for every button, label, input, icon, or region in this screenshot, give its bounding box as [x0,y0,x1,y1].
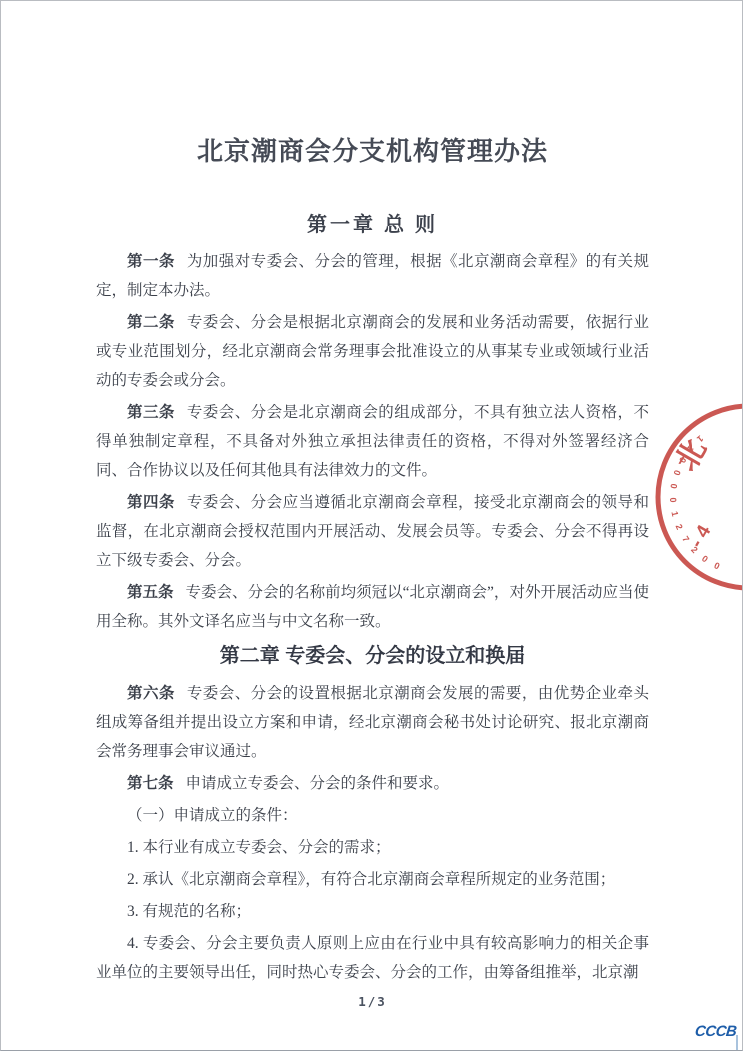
article-paragraph: 第三条专委会、分会是北京潮商会的组成部分，不具有独立法人资格，不得单独制定章程，… [96,398,649,485]
article-paragraph: 2. 承认《北京潮商会章程》，有符合北京潮商会章程所规定的业务范围； [96,865,649,894]
article-text: 专委会、分会应当遵循北京潮商会章程，接受北京潮商会的领导和监督，在北京潮商会授权… [96,494,649,569]
article-text: 专委会、分会的设置根据北京潮商会发展的需要，由优势企业牵头组成筹备组并提出设立方… [96,685,649,760]
article-label: 第四条 [127,494,175,511]
article-text: 专委会、分会是根据北京潮商会的发展和业务活动需要，依据行业或专业范围划分，经北京… [96,314,649,389]
scanned-document-page: 北京潮商会分支机构管理办法 第一章 总 则 第一条为加强对专委会、分会的管理，根… [0,0,743,1051]
article-paragraph: 第七条申请成立专委会、分会的条件和要求。 [96,769,649,798]
article-label: 第一条 [127,253,175,270]
article-text: 为加强对专委会、分会的管理，根据《北京潮商会章程》的有关规定，制定本办法。 [96,253,649,299]
page-edge-line [736,1035,738,1050]
chapter-heading-2: 第二章 专委会、分会的设立和换届 [96,640,649,673]
article-paragraph: 第五条专委会、分会的名称前均须冠以“北京潮商会”，对外开展活动应当使用全称。其外… [96,578,649,636]
document-content: 北京潮商会分支机构管理办法 第一章 总 则 第一条为加强对专委会、分会的管理，根… [1,1,742,1009]
article-text: 专委会、分会是北京潮商会的组成部分，不具有独立法人资格，不得单独制定章程，不具备… [96,404,649,479]
article-paragraph: 第四条专委会、分会应当遵循北京潮商会章程，接受北京潮商会的领导和监督，在北京潮商… [96,488,649,575]
article-label: 第七条 [127,775,174,792]
article-label: 第三条 [127,404,175,421]
cccb-logo: CCCB [694,1023,737,1040]
article-paragraph: 4. 专委会、分会主要负责人原则上应由在行业中具有较高影响力的相关企事业单位的主… [96,929,649,987]
article-text: 专委会、分会的名称前均须冠以“北京潮商会”，对外开展活动应当使用全称。其外文译名… [96,584,649,630]
article-label: 第五条 [127,584,174,601]
article-text: 4. 专委会、分会主要负责人原则上应由在行业中具有较高影响力的相关企事业单位的主… [96,935,649,981]
article-text: 2. 承认《北京潮商会章程》，有符合北京潮商会章程所规定的业务范围； [127,871,615,888]
chapter-heading-1: 第一章 总 则 [96,209,649,241]
article-paragraph: 1. 本行业有成立专委会、分会的需求； [96,833,649,862]
article-paragraph: 3. 有规范的名称； [96,897,649,926]
article-paragraph: （一）申请成立的条件： [96,801,649,830]
article-paragraph: 第六条专委会、分会的设置根据北京潮商会发展的需要，由优势企业牵头组成筹备组并提出… [96,679,649,766]
article-paragraph: 第一条为加强对专委会、分会的管理，根据《北京潮商会章程》的有关规定，制定本办法。 [96,247,649,305]
article-text: 3. 有规范的名称； [127,903,251,920]
article-text: 申请成立专委会、分会的条件和要求。 [186,775,450,792]
article-text: （一）申请成立的条件： [127,807,298,824]
article-text: 1. 本行业有成立专委会、分会的需求； [127,839,391,856]
page-number: 1/3 [96,994,649,1009]
article-label: 第六条 [127,685,175,702]
article-label: 第二条 [127,314,175,331]
document-title: 北京潮商会分支机构管理办法 [96,131,649,171]
article-paragraph: 第二条专委会、分会是根据北京潮商会的发展和业务活动需要，依据行业或专业范围划分，… [96,308,649,395]
